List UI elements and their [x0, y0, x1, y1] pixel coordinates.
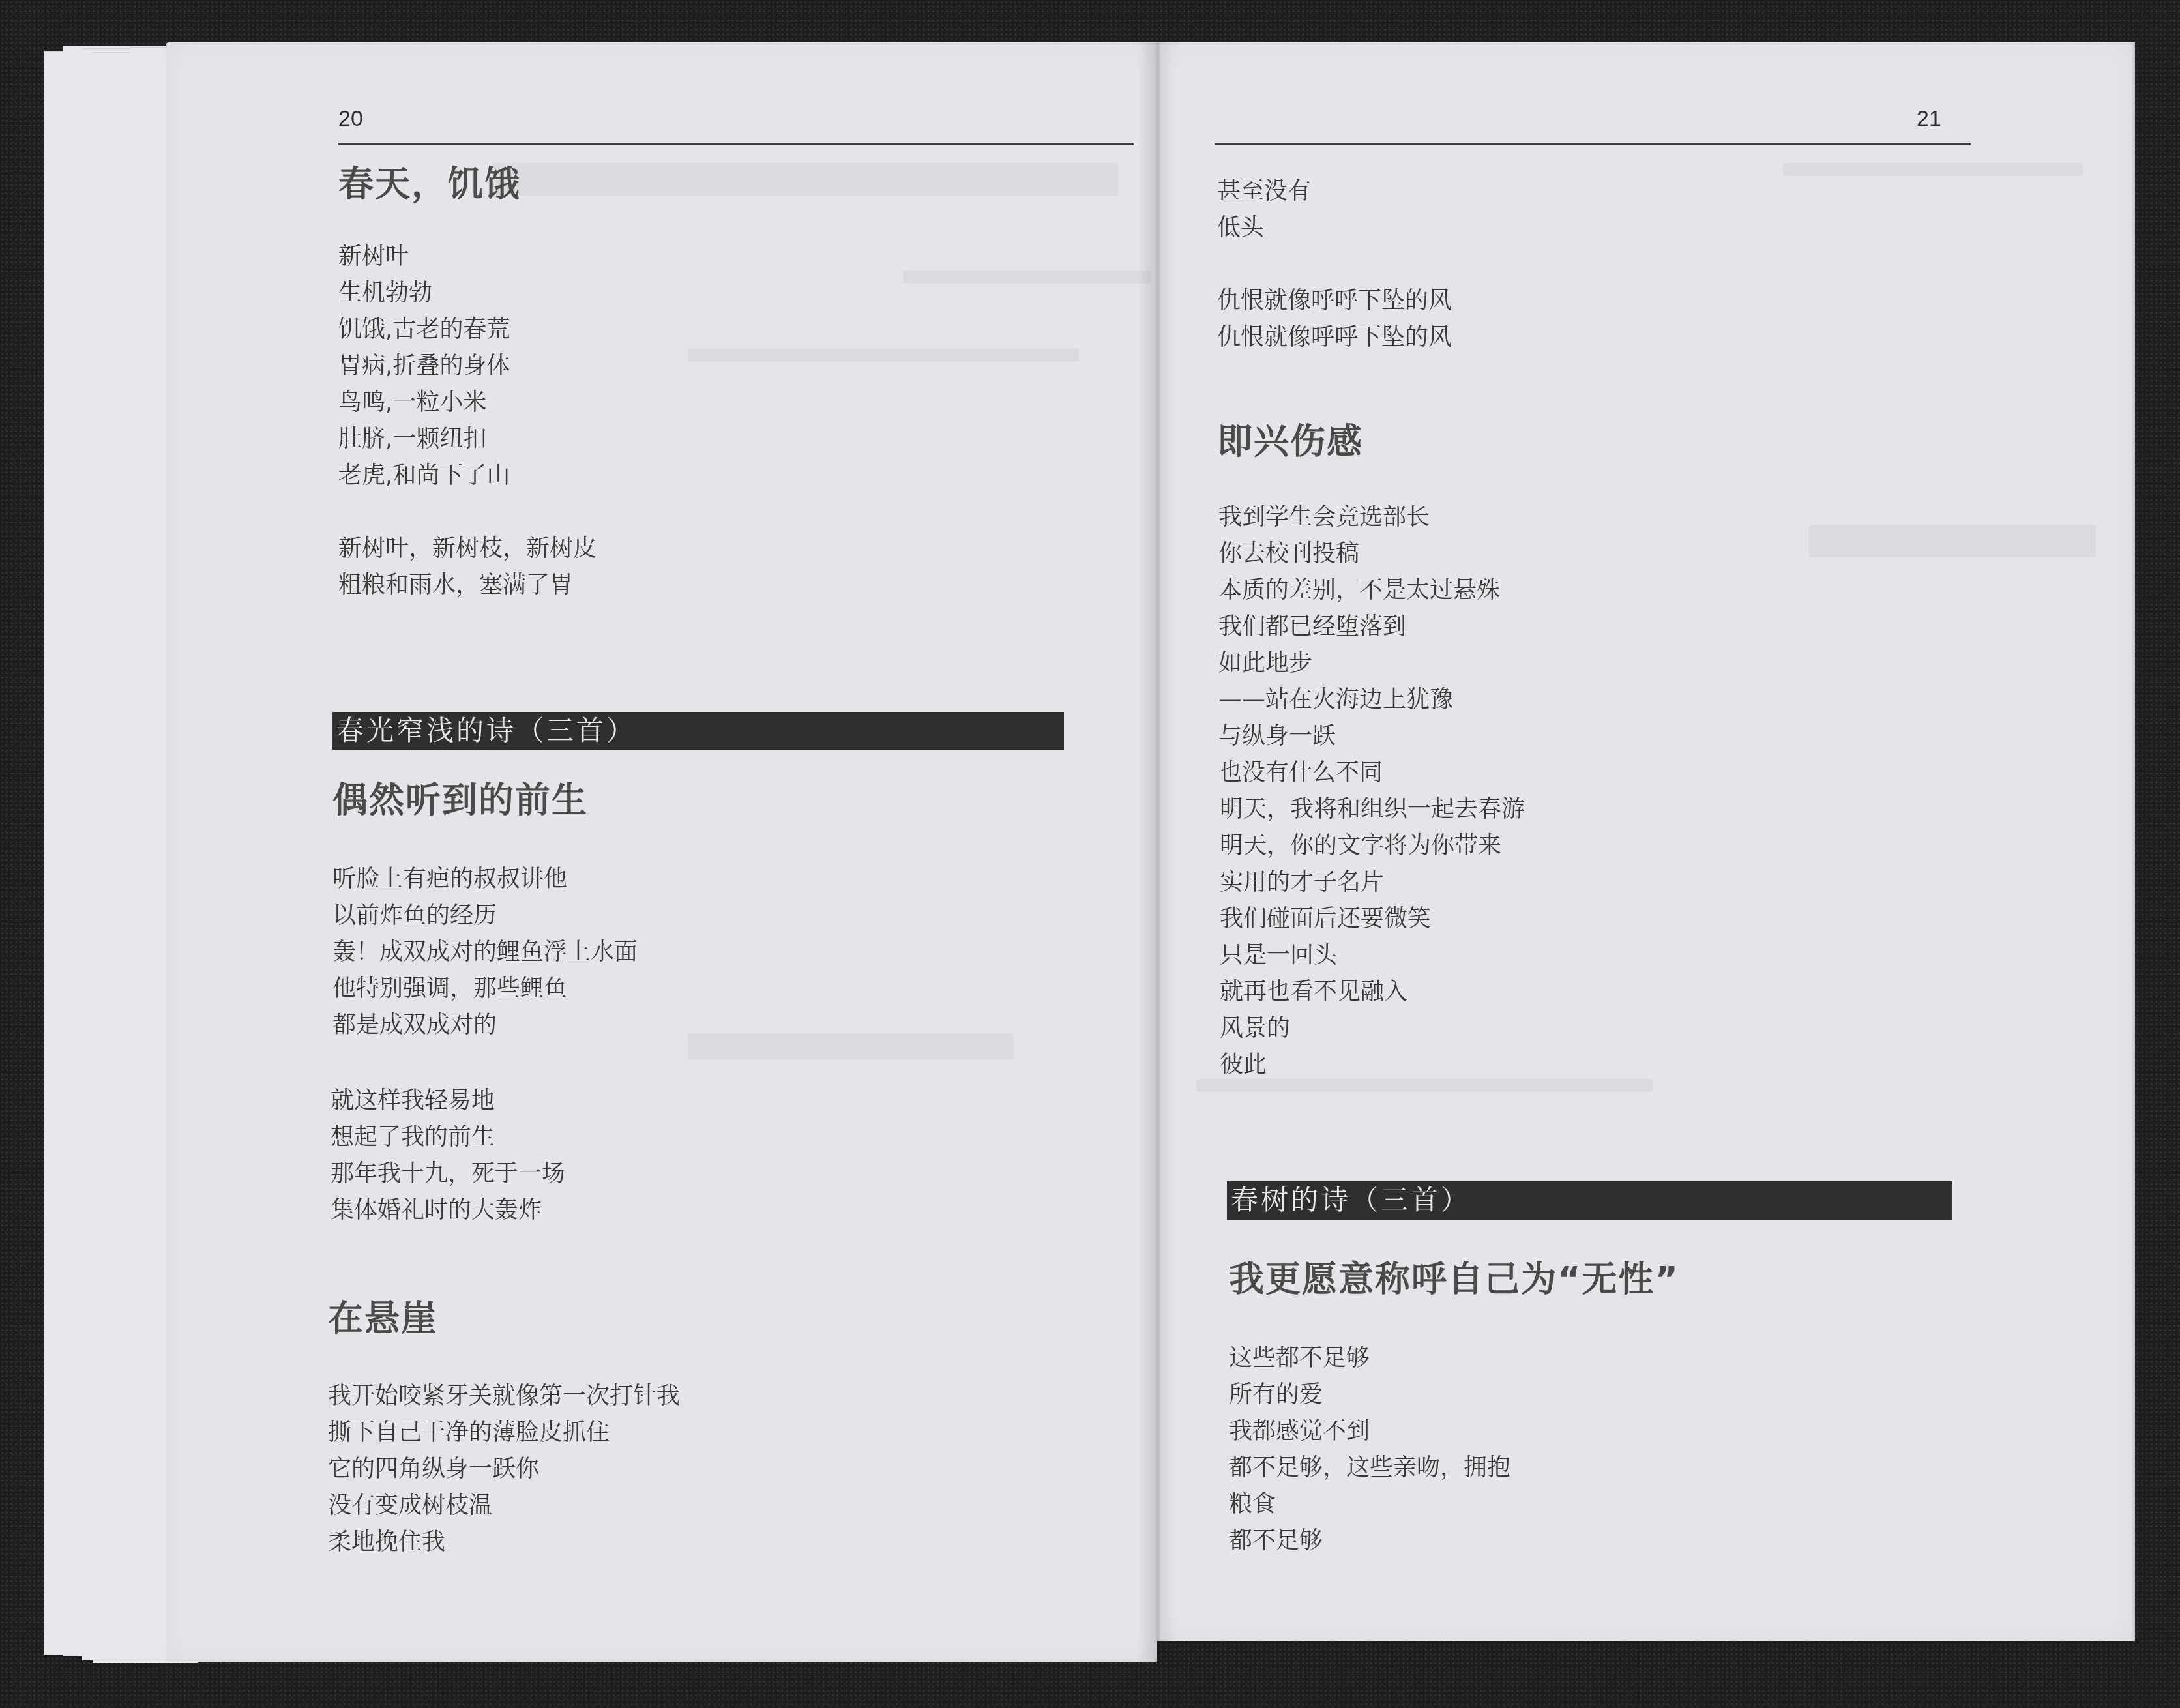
poem-line: 我开始咬紧牙关就像第一次打针我: [328, 1377, 680, 1411]
poem-line: ——站在火海边上犹豫: [1218, 681, 1453, 714]
page-number: 21: [1917, 106, 1941, 132]
poem-line: 都是成双成对的: [332, 1007, 497, 1040]
page-number: 20: [338, 106, 363, 132]
poem-line: 老虎,和尚下了山: [338, 457, 510, 490]
poem-line: 鸟鸣,一粒小米: [338, 384, 486, 417]
poem-line: 我都感觉不到: [1229, 1413, 1370, 1446]
poem-line: 都不足够，这些亲吻，拥抱: [1229, 1449, 1510, 1482]
poem-line: 我们碰面后还要微笑: [1220, 900, 1431, 934]
poem-line: 只是一回头: [1220, 937, 1337, 970]
poem-line: 本质的差别，不是太过悬殊: [1218, 572, 1500, 605]
poem-line: 它的四角纵身一跃你: [328, 1450, 539, 1484]
poem-line: 新树叶: [338, 238, 409, 271]
book-gutter: [1138, 42, 1177, 1662]
poem-line: 柔地挽住我: [328, 1524, 445, 1557]
section-banner: 春光窄浅的诗（三首）: [332, 712, 1064, 750]
poem-line: 就再也看不见融入: [1220, 973, 1407, 1007]
poem-line: 粮食: [1229, 1486, 1276, 1519]
poem-line: 仇恨就像呼呼下坠的风: [1217, 282, 1452, 316]
poem-line: 胃病,折叠的身体: [338, 347, 510, 381]
poem-line: 粗粮和雨水，塞满了胃: [338, 567, 573, 600]
poem-line: 彼此: [1220, 1046, 1267, 1080]
poem-line: 如此地步: [1218, 645, 1312, 678]
poem-line: 明天，我将和组织一起去春游: [1220, 791, 1525, 824]
header-rule: [338, 143, 1134, 145]
poem-line: 听脸上有疤的叔叔讲他: [332, 861, 567, 894]
poem-line: 也没有什么不同: [1218, 754, 1383, 788]
poem-line: 饥饿,古老的春荒: [338, 311, 510, 344]
left-page: 20 春天，饥饿 新树叶 生机勃勃 饥饿,古老的春荒 胃病,折叠的身体 鸟鸣,一…: [166, 42, 1157, 1662]
poem-line: 撕下自己干净的薄脸皮抓住: [328, 1414, 610, 1447]
poem-line: 我们都已经堕落到: [1218, 608, 1406, 641]
poem-line: 低头: [1217, 209, 1264, 243]
poem-line: 这些都不足够: [1229, 1340, 1370, 1373]
poem-line: 想起了我的前生: [331, 1119, 495, 1152]
poem-line: 那年我十九，死于一场: [331, 1155, 565, 1188]
poem-line: 仇恨就像呼呼下坠的风: [1217, 319, 1452, 352]
poem-line: 实用的才子名片: [1220, 864, 1384, 897]
section-banner: 春树的诗（三首）: [1227, 1181, 1952, 1220]
poem-line: 你去校刊投稿: [1218, 535, 1359, 568]
poem-title: 即兴伤感: [1217, 414, 1363, 464]
poem-line: 他特别强调，那些鲤鱼: [332, 970, 567, 1003]
poem-line: 明天，你的文字将为你带来: [1220, 827, 1501, 861]
poem-line: 与纵身一跃: [1218, 718, 1336, 751]
poem-title: 我更愿意称呼自己为“无性”: [1229, 1252, 1679, 1302]
poem-line: 没有变成树枝温: [328, 1487, 492, 1520]
poem-line: 风景的: [1220, 1010, 1290, 1043]
poem-line: 新树叶，新树枝，新树皮: [338, 530, 597, 563]
poem-title: 偶然听到的前生: [332, 773, 588, 823]
right-page: 21 甚至没有 低头 仇恨就像呼呼下坠的风 仇恨就像呼呼下坠的风 即兴伤感 我到…: [1157, 42, 2132, 1641]
poem-title: 春天，饥饿: [338, 156, 521, 207]
poem-line: 我到学生会竞选部长: [1218, 499, 1430, 532]
poem-line: 集体婚礼时的大轰炸: [331, 1192, 542, 1225]
header-rule: [1215, 143, 1971, 145]
poem-line: 就这样我轻易地: [331, 1082, 495, 1115]
poem-line: 所有的爱: [1229, 1376, 1323, 1409]
poem-line: 以前炸鱼的经历: [332, 897, 497, 930]
poem-line: 生机勃勃: [338, 274, 432, 308]
poem-line: 甚至没有: [1217, 173, 1311, 206]
poem-line: 肚脐,一颗纽扣: [338, 420, 486, 454]
poem-line: 都不足够: [1229, 1522, 1323, 1555]
poem-title: 在悬崖: [328, 1291, 437, 1341]
poem-line: 轰！成双成对的鲤鱼浮上水面: [332, 934, 638, 967]
